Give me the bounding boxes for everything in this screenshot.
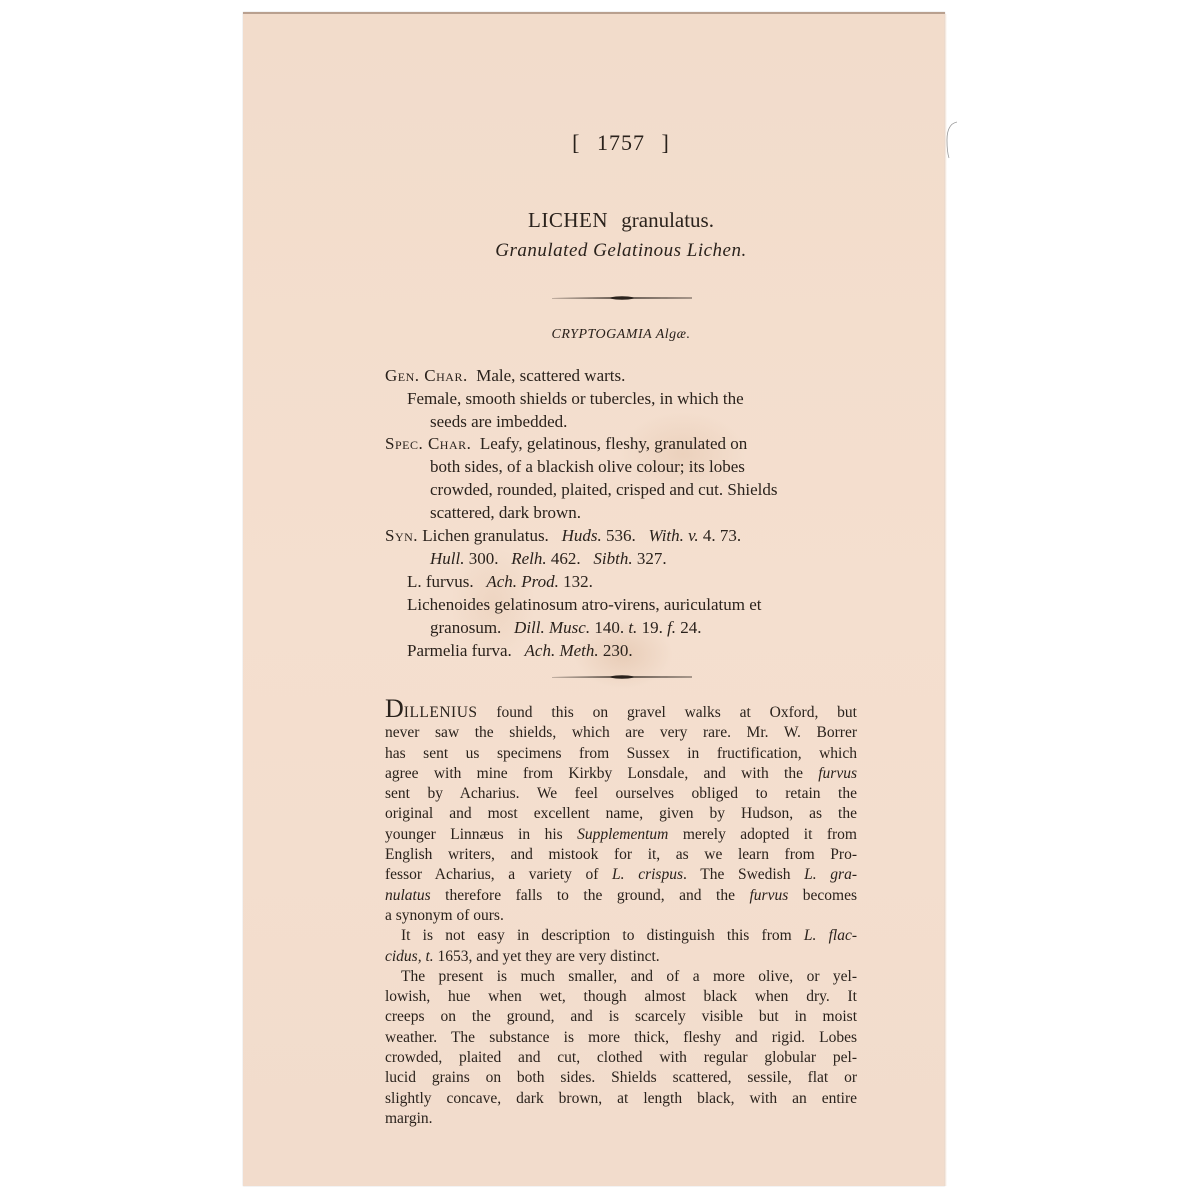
text-run: found this on gravel walks at Oxford, bu… [478, 704, 857, 721]
paragraph-3-line: lucid grains on both sides. Shields scat… [385, 1068, 857, 1088]
synonym-entry: Lichenoides gelatinosum atro-virens, aur… [385, 593, 857, 616]
text-run: becomes [788, 887, 857, 904]
paper-fiber [945, 120, 959, 160]
common-name: Granulated Gelatinous Lichen. [385, 240, 857, 262]
synonymy: Syn. Lichen granulatus. Huds. 536. With.… [385, 524, 857, 662]
paragraph-3-line: slightly concave, dark brown, at length … [385, 1089, 857, 1109]
synonym-entry: Syn. Lichen granulatus. Huds. 536. With.… [385, 524, 857, 547]
species-title: LICHEN granulatus. [385, 208, 857, 233]
page-number-value: 1757 [597, 130, 645, 155]
page-number-bracket-open: [ [572, 130, 580, 155]
text-run: therefore falls to the ground, and the [431, 887, 750, 904]
text-run: merely adopted it from [668, 826, 857, 843]
ref-num: 24. [680, 618, 701, 637]
synonym-name: L. furvus. [407, 572, 474, 591]
species-epithet: granulatus. [621, 208, 714, 232]
paragraph-1-line: younger Linnæus in his Supplementum mere… [385, 825, 857, 845]
spec-char-line-2: both sides, of a blackish olive colour; … [385, 455, 857, 478]
syn-label: Syn. [385, 526, 418, 545]
synonym-entry: L. furvus. Ach. Prod. 132. [385, 570, 857, 593]
ref-abbr: Ach. Meth. [525, 641, 599, 660]
synonym-name: granosum. [430, 618, 501, 637]
paragraph-2-line: It is not easy in description to disting… [385, 926, 857, 946]
specific-character: Spec. Char. Leafy, gelatinous, fleshy, g… [385, 432, 857, 524]
italic-run: L. flac- [804, 927, 857, 944]
paragraph-1-line: DILLENIUS found this on gravel walks at … [385, 699, 857, 723]
ref-num: 230. [603, 641, 633, 660]
italic-run: furvus [818, 765, 857, 782]
text-run: It is not easy in description to disting… [401, 927, 804, 944]
gen-char-female-1: Female, smooth shields or tubercles, in … [385, 387, 857, 410]
paragraph-3-line: crowded, plaited and cut, clothed with r… [385, 1048, 857, 1068]
italic-run: L. gra- [804, 866, 857, 883]
spec-char-line-4: scattered, dark brown. [385, 501, 857, 524]
paragraph-1-line: a synonym of ours. [385, 906, 857, 926]
text-run: younger Linnæus in his [385, 826, 577, 843]
ref-abbr: Relh. [511, 549, 546, 568]
paragraph-1-line: nulatus therefore falls to the ground, a… [385, 886, 857, 906]
text-run: 1653, and yet they are very distinct. [434, 948, 660, 965]
ref-num: 327. [637, 549, 667, 568]
page-number-bracket-close: ] [662, 130, 670, 155]
ref-num: 4. 73. [703, 526, 741, 545]
paragraph-1-line: has sent us specimens from Sussex in fru… [385, 744, 857, 764]
ref-abbr: t. [628, 618, 637, 637]
ref-abbr: Sibth. [593, 549, 632, 568]
page-number: [ 1757 ] [385, 130, 857, 156]
ref-abbr: With. v. [648, 526, 698, 545]
paragraph-3-line: margin. [385, 1109, 857, 1129]
paragraph-3-line: weather. The substance is more thick, fl… [385, 1028, 857, 1048]
paragraph-2-line: cidus, t. 1653, and yet they are very di… [385, 947, 857, 967]
page-edge [944, 14, 947, 1186]
italic-run: cidus, t. [385, 948, 434, 965]
gen-char-female-2: seeds are imbedded. [385, 410, 857, 433]
ref-abbr: Hull. [430, 549, 464, 568]
description-text: DILLENIUS found this on gravel walks at … [385, 699, 857, 1129]
author-name: ILLENIUS [404, 704, 478, 721]
paragraph-3-line: creeps on the ground, and is scarcely vi… [385, 1007, 857, 1027]
synonym-name: Parmelia furva. [407, 641, 512, 660]
paragraph-1-line: original and most excellent name, given … [385, 804, 857, 824]
spec-char-label: Spec. Char. [385, 434, 471, 453]
divider-ornament [552, 673, 692, 681]
ref-abbr: f. [667, 618, 676, 637]
genus-name: LICHEN [528, 208, 608, 232]
order-name: Algæ. [656, 327, 691, 342]
paragraph-1-line: agree with mine from Kirkby Lonsdale, an… [385, 764, 857, 784]
italic-run: nulatus [385, 887, 431, 904]
paragraph-1-line: fessor Acharius, a variety of L. crispus… [385, 865, 857, 885]
book-page: [ 1757 ] LICHEN granulatus. Granulated G… [243, 12, 945, 1186]
ref-abbr: Ach. Prod. [486, 572, 559, 591]
class-name: CRYPTOGAMIA [552, 327, 652, 342]
paragraph-3-line: The present is much smaller, and of a mo… [385, 967, 857, 987]
italic-run: furvus [750, 887, 789, 904]
gen-char-label: Gen. Char. [385, 366, 468, 385]
italic-run: Supplementum [577, 826, 668, 843]
paragraph-1-line: never saw the shields, which are very ra… [385, 723, 857, 743]
classification-line: CRYPTOGAMIA Algæ. [385, 327, 857, 343]
ref-num: 19. [642, 618, 663, 637]
generic-character: Gen. Char. Male, scattered warts. Female… [385, 364, 857, 433]
ref-num: 536. [606, 526, 636, 545]
ref-abbr: Dill. Musc. [514, 618, 590, 637]
synonym-entry-cont: granosum. Dill. Musc. 140. t. 19. f. 24. [385, 616, 857, 639]
ref-num: 140. [594, 618, 624, 637]
gen-char-male: Male, scattered warts. [476, 366, 625, 385]
ref-num: 300. [469, 549, 499, 568]
synonym-entry-cont: Hull. 300. Relh. 462. Sibth. 327. [385, 547, 857, 570]
paragraph-1-line: sent by Acharius. We feel ourselves obli… [385, 784, 857, 804]
italic-run: L. crispus [612, 866, 683, 883]
drop-cap: D [385, 694, 404, 723]
spec-char-line-3: crowded, rounded, plaited, crisped and c… [385, 478, 857, 501]
ref-num: 462. [551, 549, 581, 568]
ref-abbr: Huds. [562, 526, 602, 545]
spec-char-line-1: Leafy, gelatinous, fleshy, granulated on [480, 434, 747, 453]
text-run: agree with mine from Kirkby Lonsdale, an… [385, 765, 818, 782]
paragraph-1-line: English writers, and mistook for it, as … [385, 845, 857, 865]
text-run: . The Swedish [683, 866, 804, 883]
divider-ornament [552, 294, 692, 302]
paragraph-3-line: lowish, hue when wet, though almost blac… [385, 987, 857, 1007]
synonym-entry: Parmelia furva. Ach. Meth. 230. [385, 639, 857, 662]
text-run: fessor Acharius, a variety of [385, 866, 612, 883]
synonym-name: Lichen granulatus. [422, 526, 549, 545]
ref-num: 132. [563, 572, 593, 591]
